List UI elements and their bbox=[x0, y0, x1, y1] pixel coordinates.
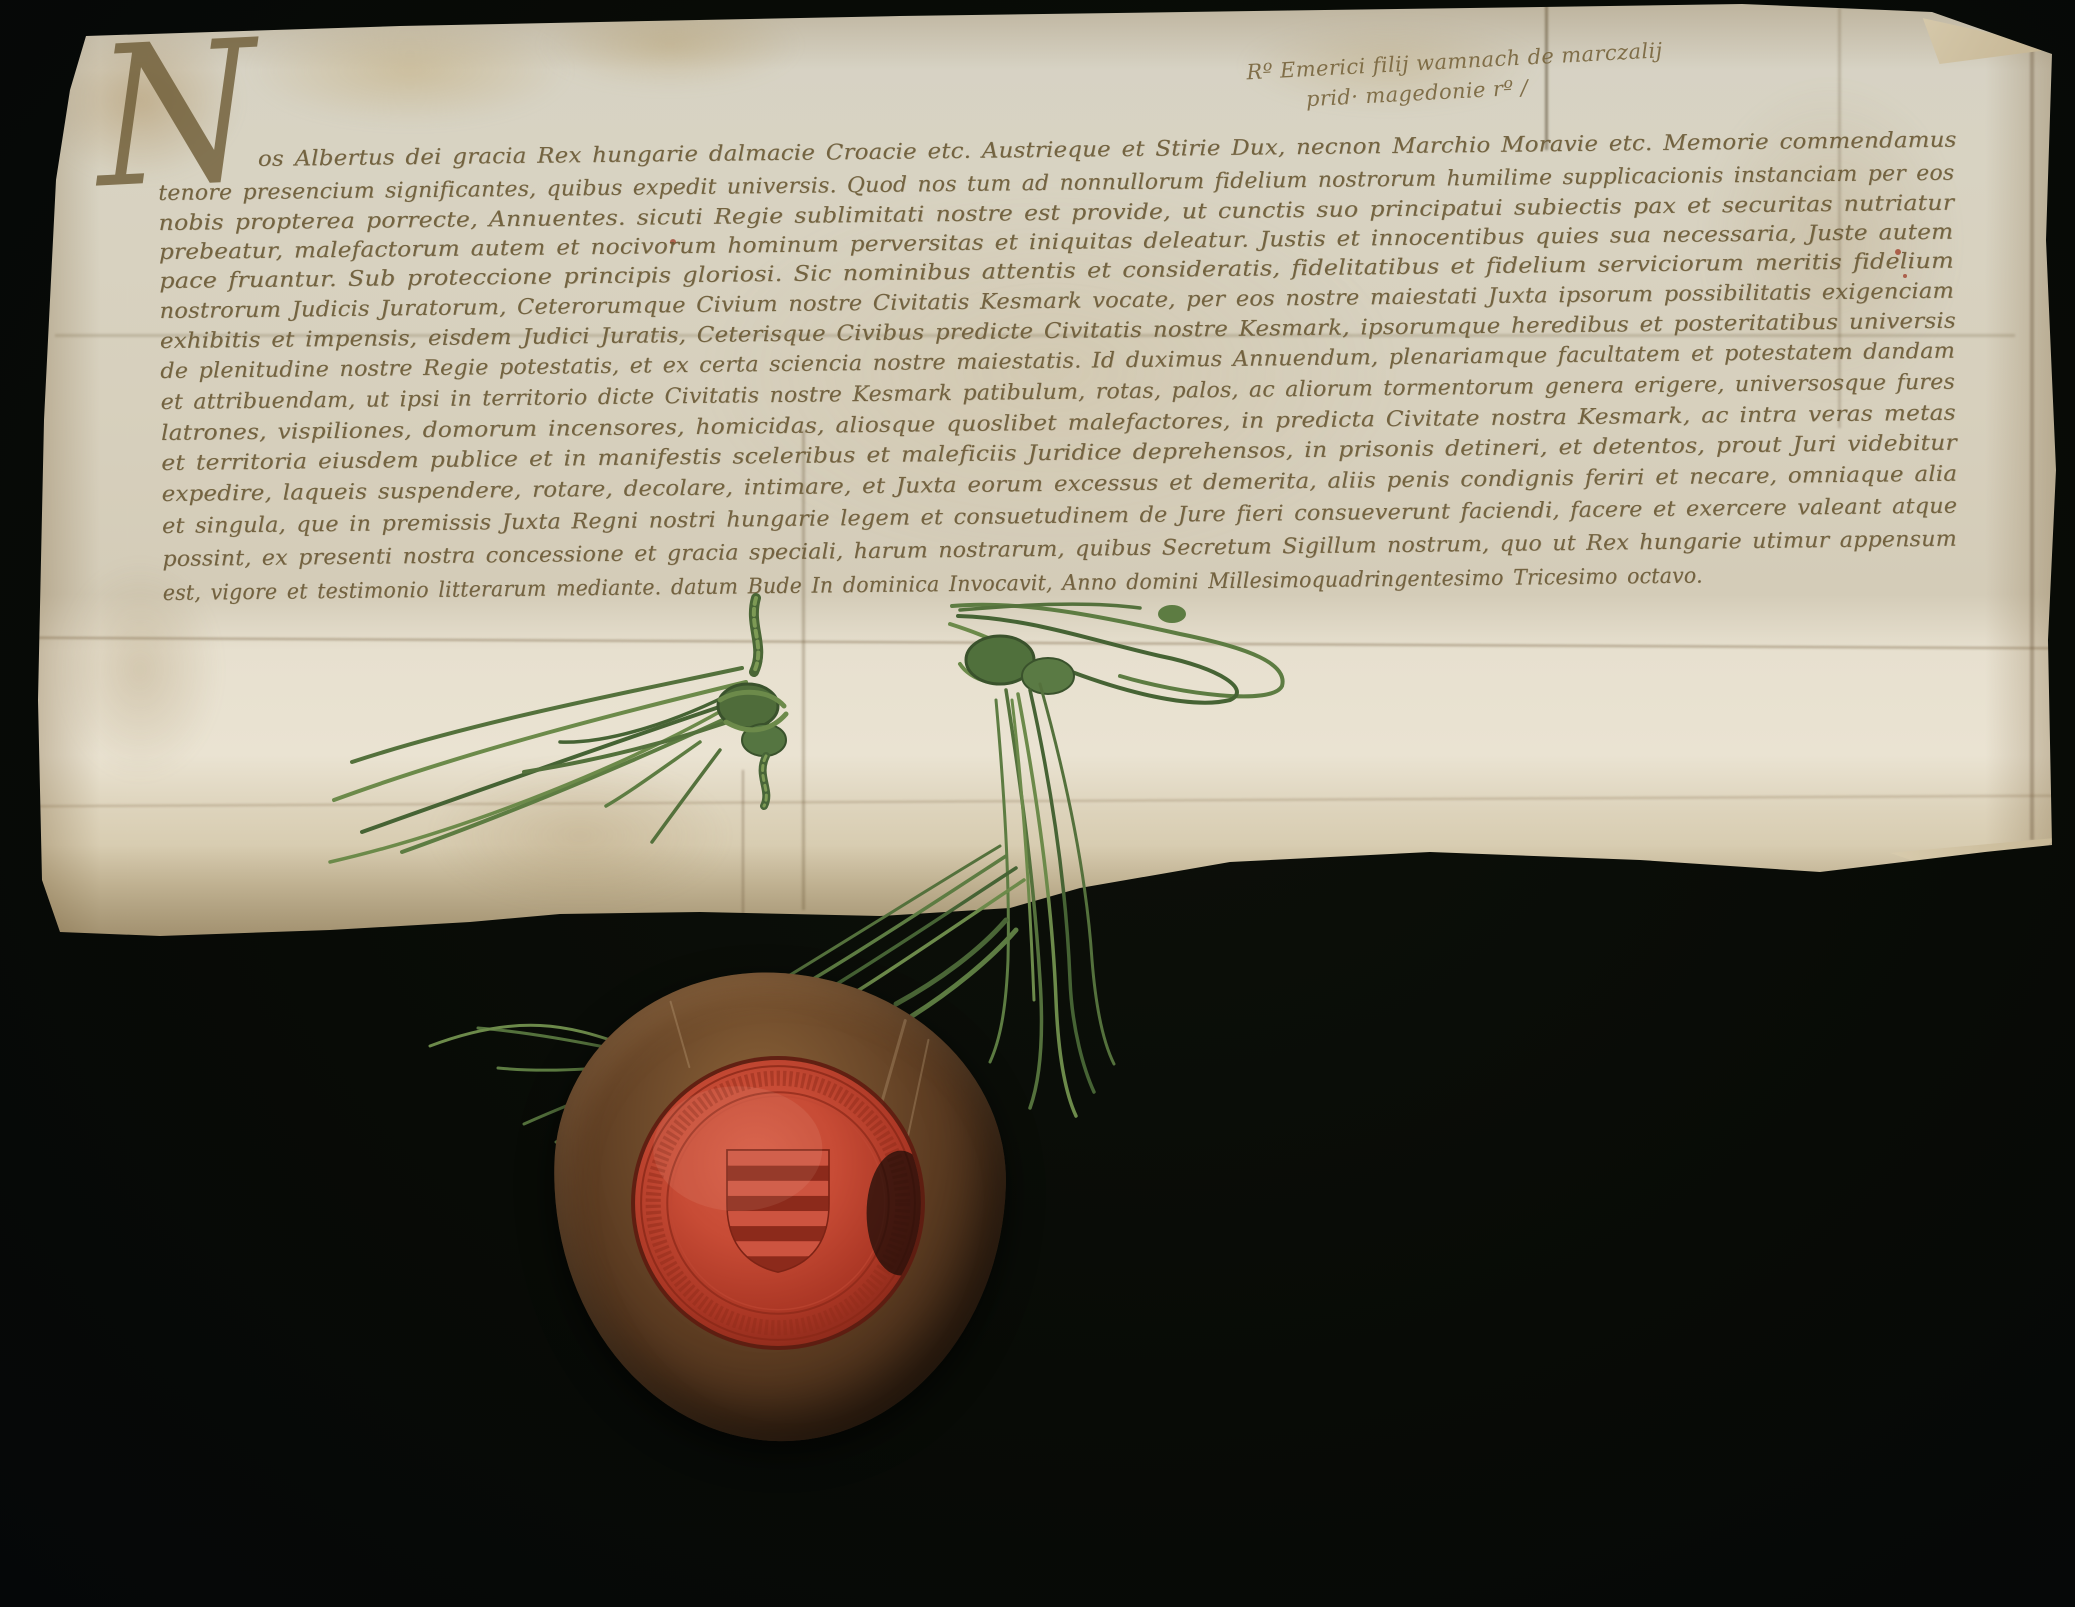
photograph-stage: N Rº Emerici filij wamnach de marczalij … bbox=[0, 0, 2075, 1607]
seal-red-face bbox=[627, 1052, 929, 1354]
seal-cords bbox=[0, 0, 2075, 1607]
